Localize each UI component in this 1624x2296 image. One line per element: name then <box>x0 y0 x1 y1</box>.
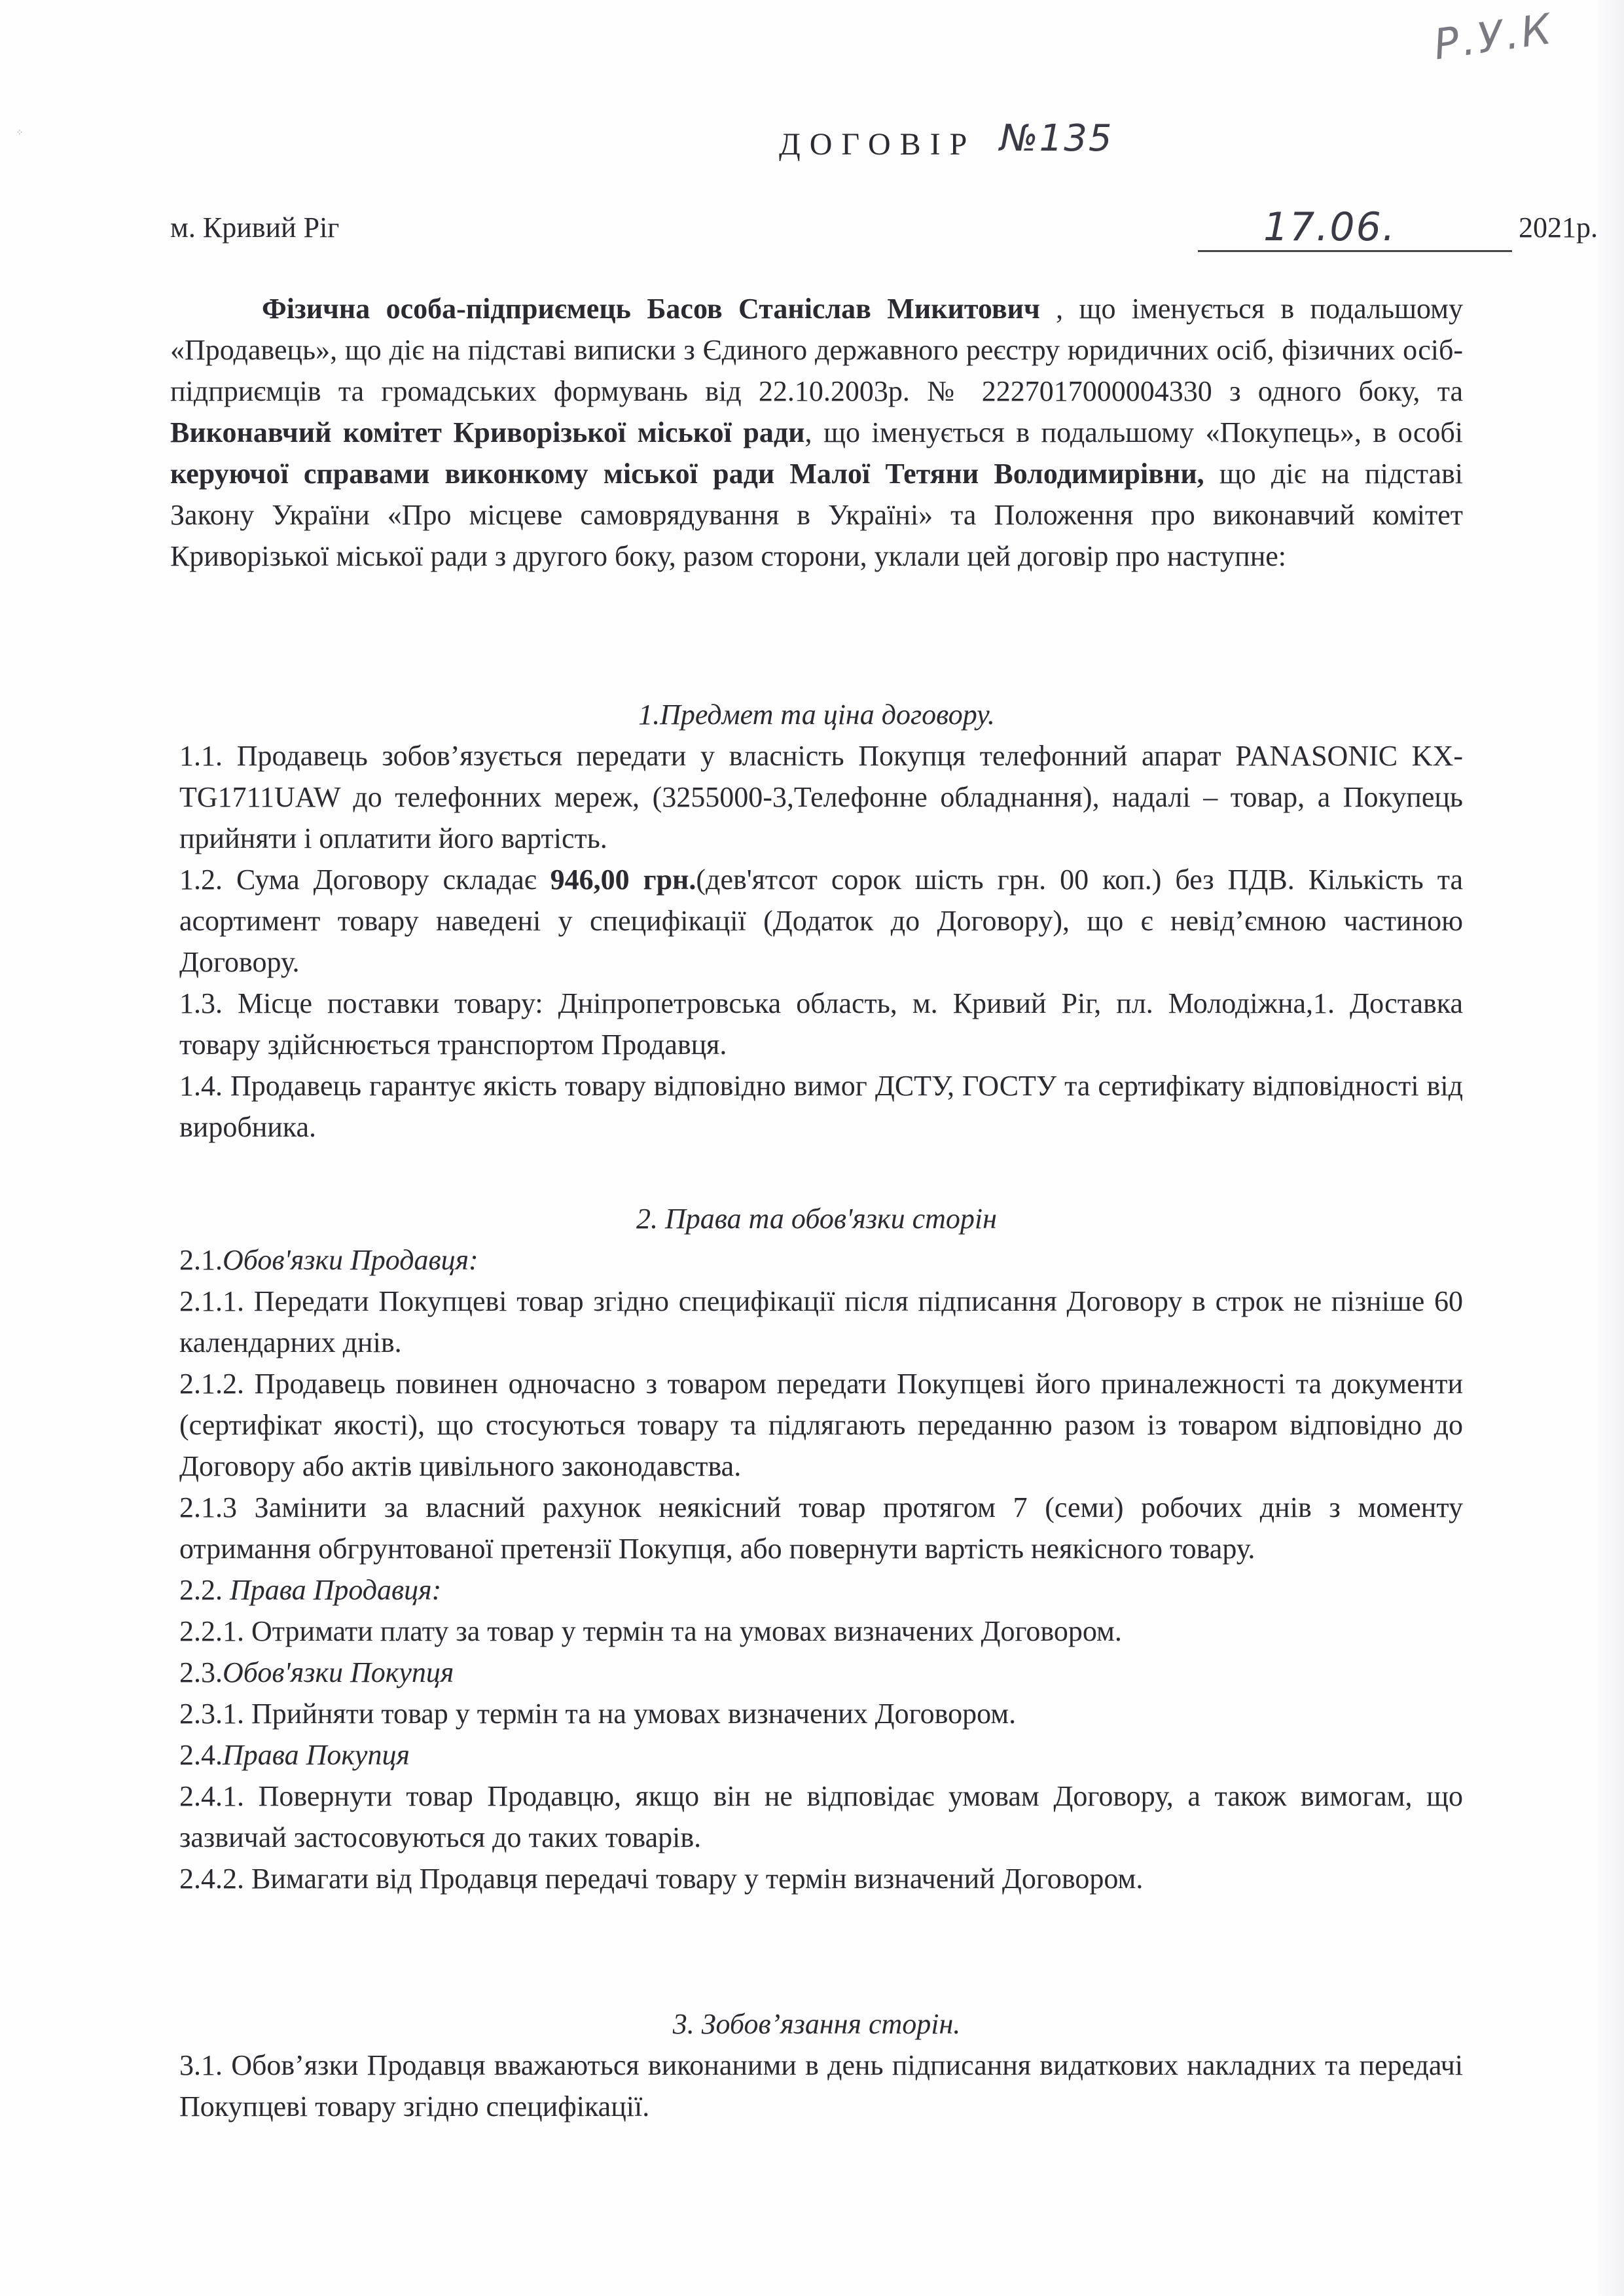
section-2: 2. Права та обов'язки сторін 2.1.Обов'яз… <box>170 1198 1463 1899</box>
preamble: Фізична особа-підприємець Басов Станісла… <box>170 288 1463 577</box>
date-blank-line: 17.06. <box>1198 203 1512 252</box>
seller-name: Фізична особа-підприємець Басов Станісла… <box>262 293 1040 325</box>
contract-amount: 946,00 грн. <box>550 864 696 896</box>
handwritten-contract-number: №135 <box>1000 117 1113 160</box>
subsection-2-3-num: 2.3. <box>179 1656 223 1688</box>
subsection-2-1: 2.1.Обов'язки Продавця: <box>170 1239 1463 1281</box>
subsection-2-4-num: 2.4. <box>179 1739 223 1771</box>
clause-2-1-1: 2.1.1. Передати Покупцеві товар згідно с… <box>170 1281 1463 1363</box>
clause-2-4-2: 2.4.2. Вимагати від Продавця передачі то… <box>170 1858 1463 1899</box>
subsection-2-1-title: Обов'язки Продавця: <box>223 1244 478 1276</box>
subsection-2-2-num: 2.2. <box>179 1574 230 1606</box>
place-date-row: м. Кривий Ріг 17.06. 2021р. <box>170 203 1466 255</box>
representative-name: керуючої справами виконкому міської ради… <box>170 458 1204 490</box>
scan-edge <box>1598 0 1624 2296</box>
clause-2-2-1: 2.2.1. Отримати плату за товар у термін … <box>170 1611 1463 1652</box>
preamble-text-2: , що іменується в подальшому «Покупець»,… <box>805 416 1463 448</box>
subsection-2-2: 2.2. Права Продавця: <box>170 1569 1463 1611</box>
clause-1-4: 1.4. Продавець гарантує якість товару ві… <box>170 1065 1463 1148</box>
section-1-title: 1.Предмет та ціна договору. <box>170 694 1463 735</box>
subsection-2-3: 2.3.Обов'язки Покупця <box>170 1652 1463 1693</box>
city: м. Кривий Ріг <box>170 211 339 244</box>
clause-2-3-1: 2.3.1. Прийняти товар у термін та на умо… <box>170 1693 1463 1734</box>
contract-title: ДОГОВІР №135 <box>779 121 1113 164</box>
clause-1-2: 1.2. Сума Договору складає 946,00 грн.(д… <box>170 859 1463 983</box>
section-3-title: 3. Зобов’язання сторін. <box>170 2003 1463 2045</box>
section-1: 1.Предмет та ціна договору. 1.1. Продаве… <box>170 694 1463 1148</box>
clause-3-1: 3.1. Обов’язки Продавця вважаються викон… <box>170 2045 1463 2127</box>
scan-speck: ⁘ <box>16 128 30 133</box>
year: 2021р. <box>1519 211 1598 244</box>
document-page: ⁘ Р.У.К ДОГОВІР №135 м. Кривий Ріг 17.06… <box>0 0 1624 2296</box>
clause-1-1: 1.1. Продавець зобов’язується передати у… <box>170 735 1463 859</box>
clause-2-1-3: 2.1.3 Замінити за власний рахунок неякіс… <box>170 1487 1463 1569</box>
clause-2-4-1: 2.4.1. Повернути товар Продавцю, якщо ві… <box>170 1776 1463 1858</box>
subsection-2-4-title: Права Покупця <box>223 1739 410 1771</box>
subsection-2-1-num: 2.1. <box>179 1244 223 1276</box>
subsection-2-2-title: Права Продавця: <box>230 1574 441 1606</box>
buyer-name: Виконавчий комітет Криворізької міської … <box>170 416 805 448</box>
title-text: ДОГОВІР <box>779 127 976 162</box>
clause-1-2-text-a: 1.2. Сума Договору складає <box>179 864 550 896</box>
section-2-title: 2. Права та обов'язки сторін <box>170 1198 1463 1239</box>
handwritten-corner-note: Р.У.К <box>1431 5 1557 70</box>
handwritten-date: 17.06. <box>1263 204 1396 250</box>
subsection-2-3-title: Обов'язки Покупця <box>223 1656 454 1688</box>
clause-2-1-2: 2.1.2. Продавець повинен одночасно з тов… <box>170 1363 1463 1487</box>
subsection-2-4: 2.4.Права Покупця <box>170 1734 1463 1776</box>
section-3: 3. Зобов’язання сторін. 3.1. Обов’язки П… <box>170 2003 1463 2127</box>
clause-1-3: 1.3. Місце поставки товару: Дніпропетров… <box>170 983 1463 1065</box>
